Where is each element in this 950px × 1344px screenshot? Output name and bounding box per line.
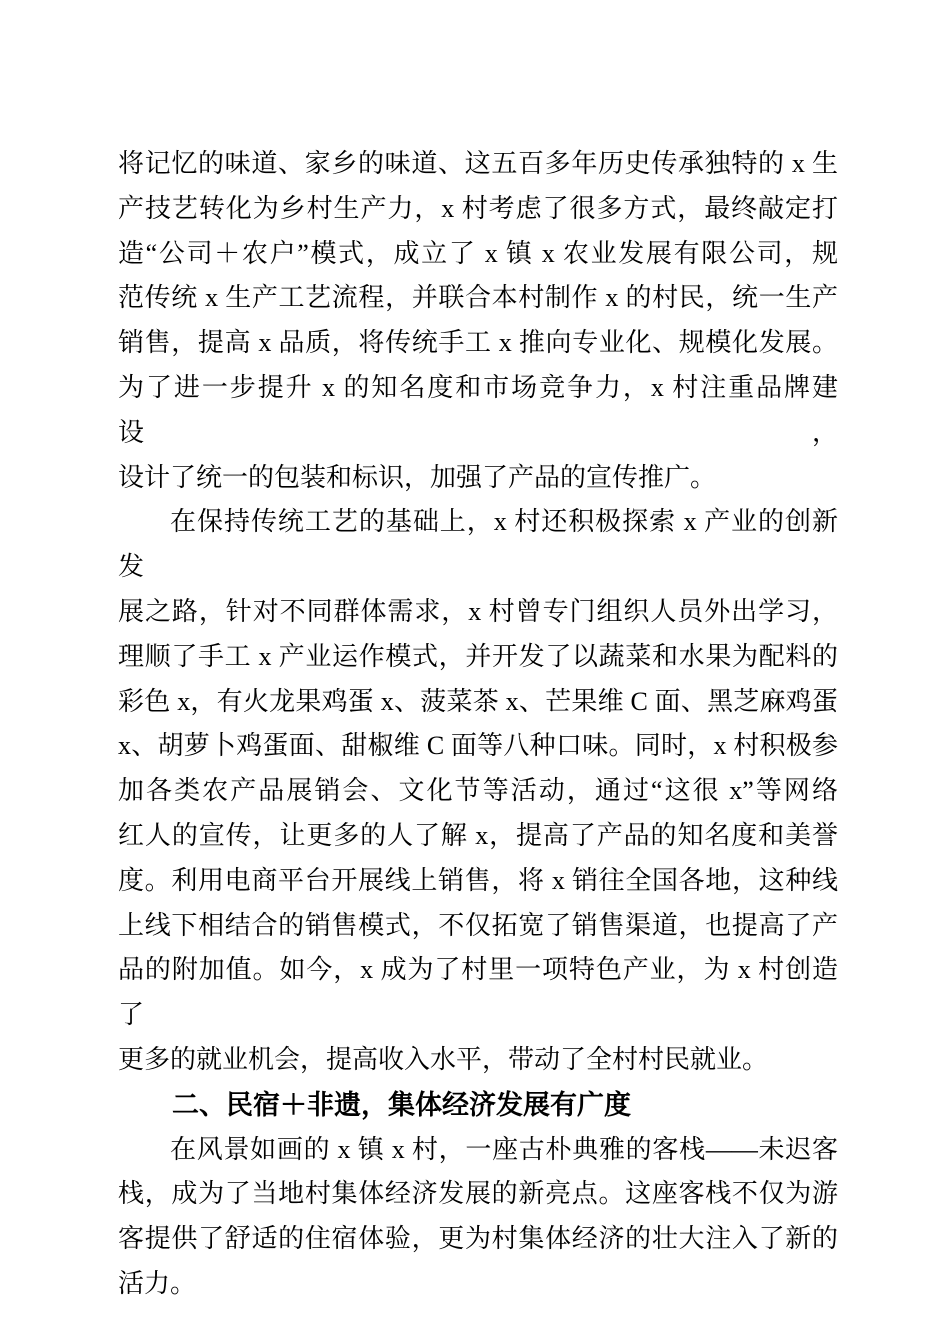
document-content: 将记忆的味道、家乡的味道、这五百多年历史传承独特的 x 生产技艺转化为乡村生产力… bbox=[118, 142, 838, 1307]
document-page: 将记忆的味道、家乡的味道、这五百多年历史传承独特的 x 生产技艺转化为乡村生产力… bbox=[0, 0, 950, 1344]
text-line: x、胡萝卜鸡蛋面、甜椒维 C 面等八种口味。同时，x 村积极参 bbox=[118, 724, 838, 769]
text-line: 上线下相结合的销售模式，不仅拓宽了销售渠道，也提高了产 bbox=[118, 904, 838, 949]
heading-line: 二、民宿＋非遗，集体经济发展有广度 bbox=[118, 1083, 838, 1128]
text-line: 加各类农产品展销会、文化节等活动，通过“这很 x”等网络 bbox=[118, 769, 838, 814]
text-line: 红人的宣传，让更多的人了解 x，提高了产品的知名度和美誉 bbox=[118, 814, 838, 859]
text-line: 范传统 x 生产工艺流程，并联合本村制作 x 的村民，统一生产 bbox=[118, 276, 838, 321]
text-line: 销售，提高 x 品质，将传统手工 x 推向专业化、规模化发展。 bbox=[118, 321, 838, 366]
text-line: 将记忆的味道、家乡的味道、这五百多年历史传承独特的 x 生 bbox=[118, 142, 838, 187]
text-line: 产技艺转化为乡村生产力，x 村考虑了很多方式，最终敲定打 bbox=[118, 187, 838, 232]
text-line: 度。利用电商平台开展线上销售，将 x 销往全国各地，这种线 bbox=[118, 859, 838, 904]
section-heading: 二、民宿＋非遗，集体经济发展有广度 bbox=[118, 1083, 838, 1128]
text-line: 设计了统一的包装和标识，加强了产品的宣传推广。 bbox=[118, 456, 838, 501]
text-line: 展之路，针对不同群体需求，x 村曾专门组织人员外出学习， bbox=[118, 590, 838, 635]
text-line: 客提供了舒适的住宿体验，更为村集体经济的壮大注入了新的 bbox=[118, 1217, 838, 1262]
text-line: 理顺了手工 x 产业运作模式，并开发了以蔬菜和水果为配料的 bbox=[118, 635, 838, 680]
text-line: 品的附加值。如今，x 成为了村里一项特色产业，为 x 村创造了 bbox=[118, 948, 838, 1038]
paragraph: 在保持传统工艺的基础上，x 村还积极探索 x 产业的创新发展之路，针对不同群体需… bbox=[118, 500, 838, 1082]
text-line: 栈，成为了当地村集体经济发展的新亮点。这座客栈不仅为游 bbox=[118, 1172, 838, 1217]
text-line: 在风景如画的 x 镇 x 村，一座古朴典雅的客栈——未迟客 bbox=[118, 1128, 838, 1173]
text-line: 彩色 x，有火龙果鸡蛋 x、菠菜茶 x、芒果维 C 面、黑芝麻鸡蛋 bbox=[118, 680, 838, 725]
paragraph: 在风景如画的 x 镇 x 村，一座古朴典雅的客栈——未迟客栈，成为了当地村集体经… bbox=[118, 1128, 838, 1307]
text-line: 活力。 bbox=[118, 1262, 838, 1307]
text-line: 更多的就业机会，提高收入水平，带动了全村村民就业。 bbox=[118, 1038, 838, 1083]
paragraph: 将记忆的味道、家乡的味道、这五百多年历史传承独特的 x 生产技艺转化为乡村生产力… bbox=[118, 142, 838, 500]
text-line: 为了进一步提升 x 的知名度和市场竞争力，x 村注重品牌建设， bbox=[118, 366, 838, 456]
text-line: 在保持传统工艺的基础上，x 村还积极探索 x 产业的创新发 bbox=[118, 500, 838, 590]
text-line: 造“公司＋农户”模式，成立了 x 镇 x 农业发展有限公司，规 bbox=[118, 232, 838, 277]
